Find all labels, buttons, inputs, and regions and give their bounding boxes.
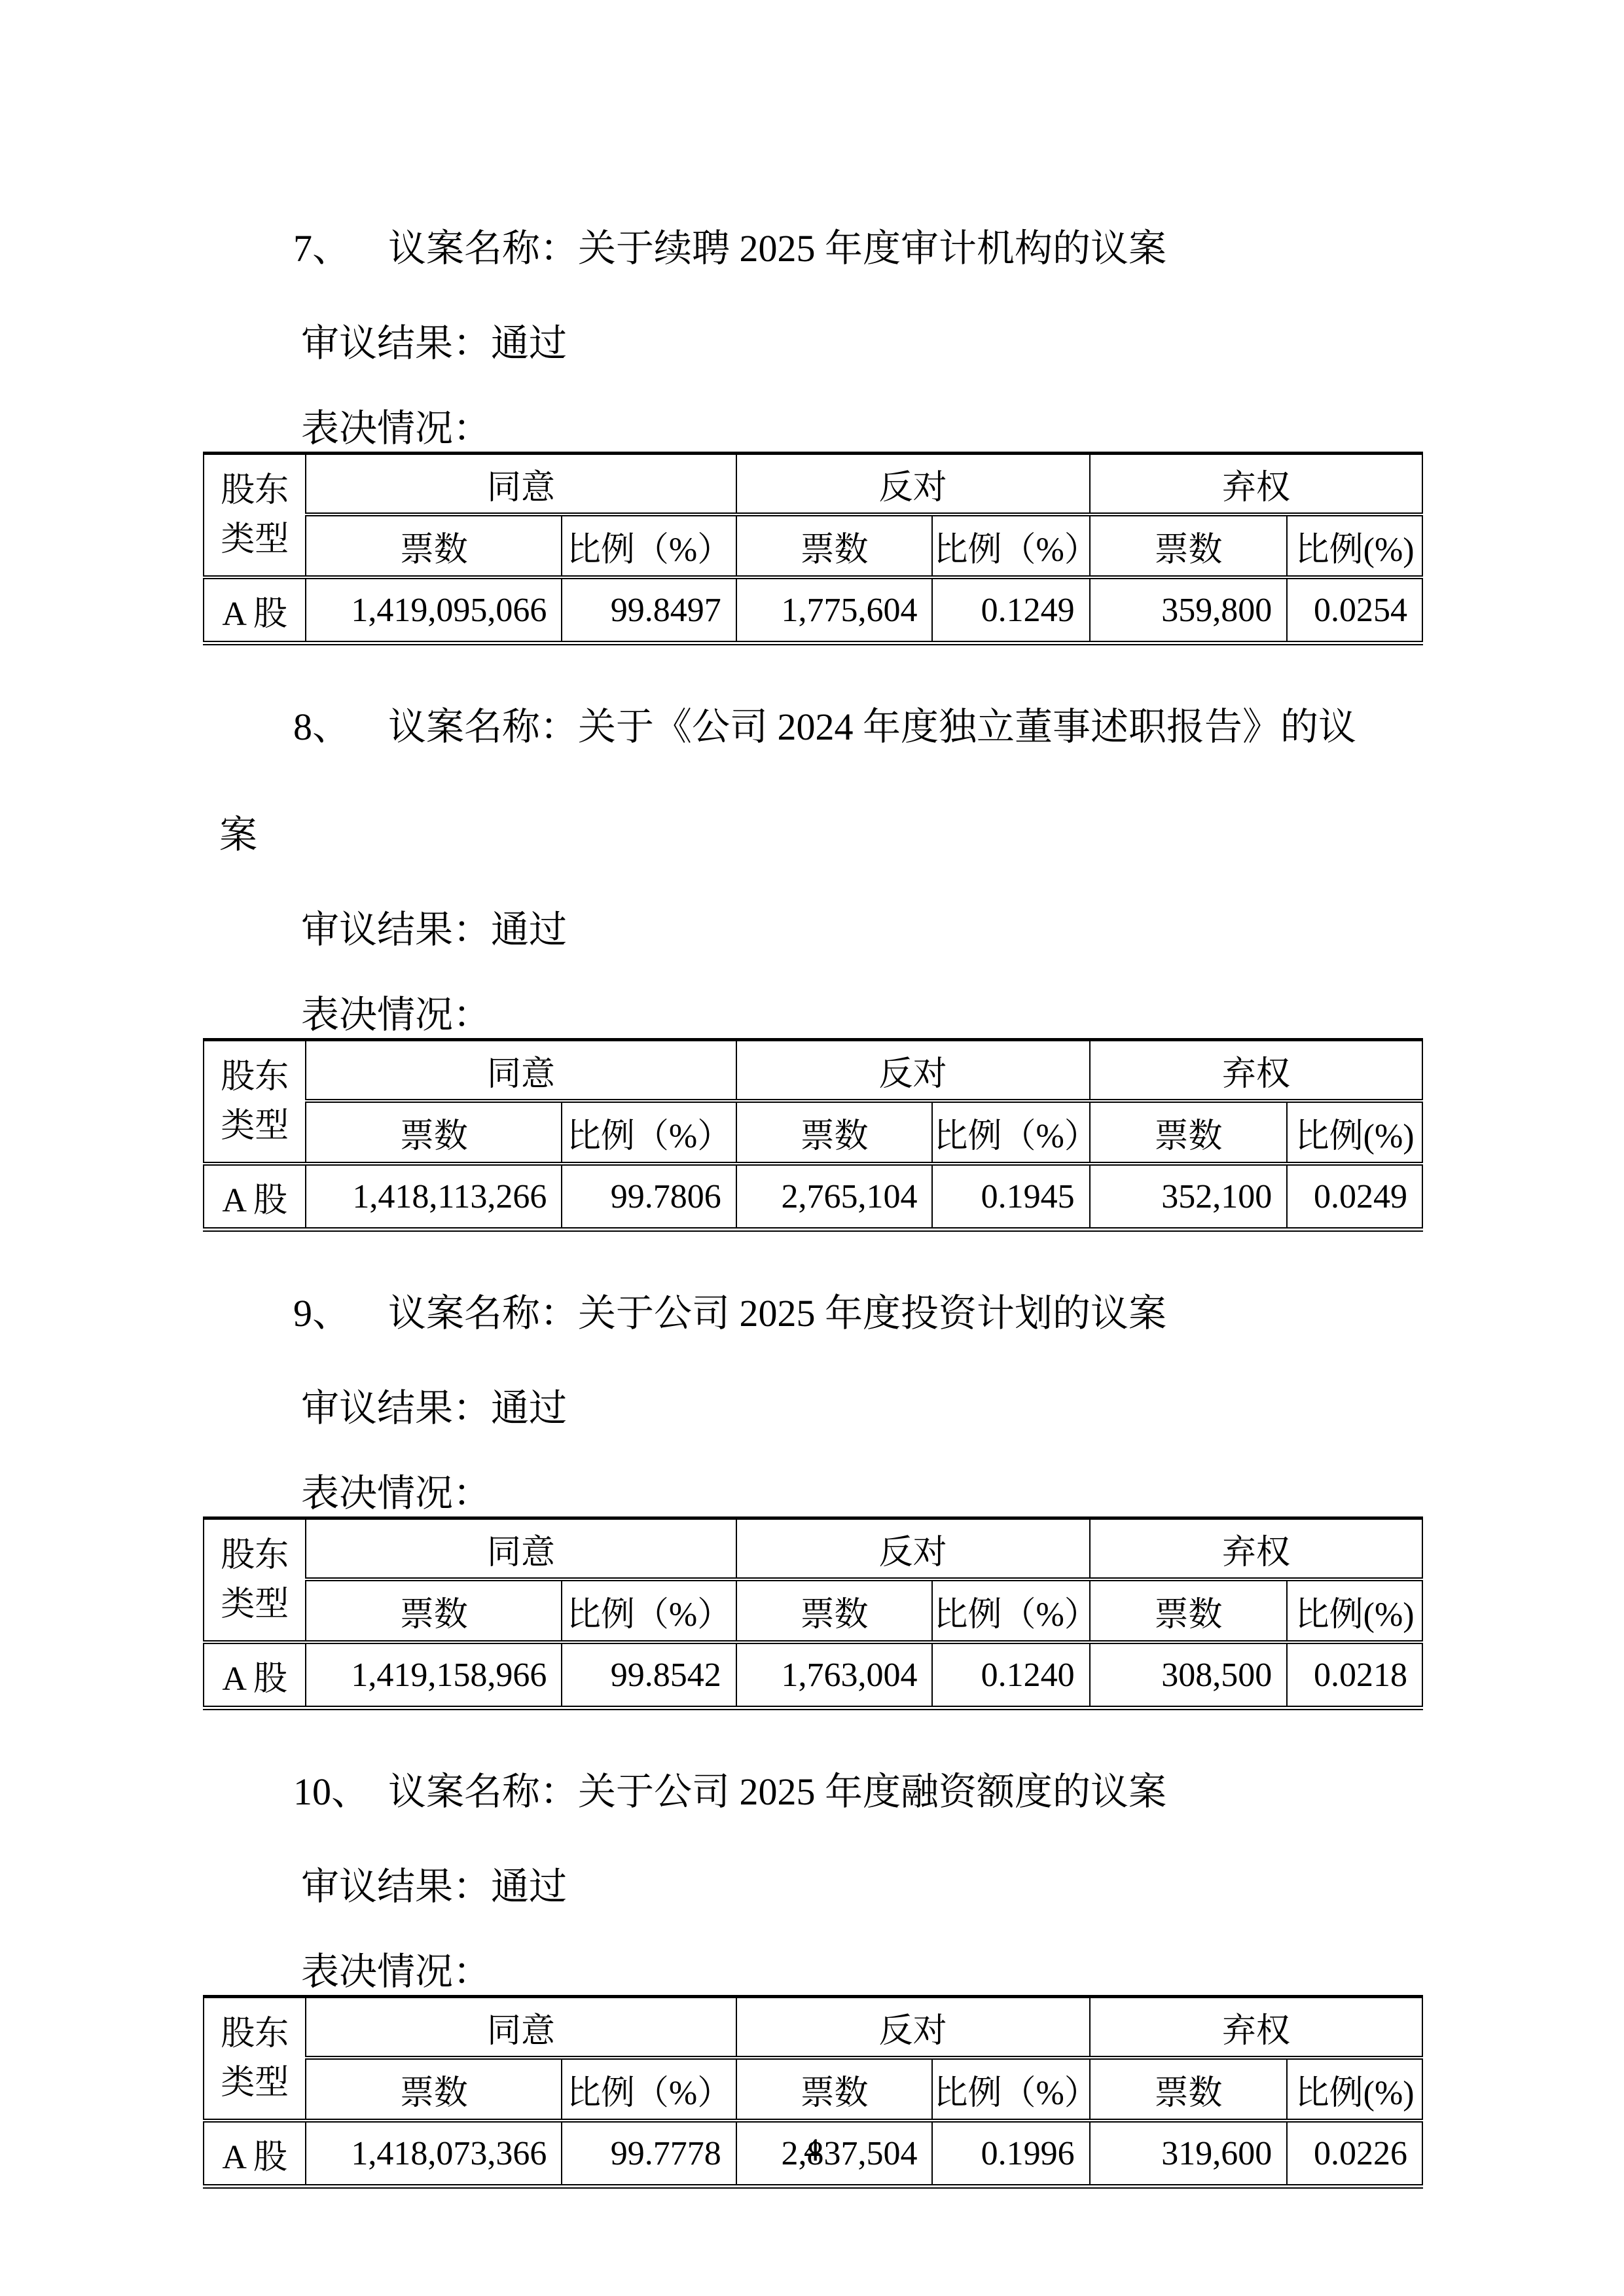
header-abstain: 弃权 <box>1090 1040 1422 1102</box>
cell-shareholder-type: A 股 <box>204 577 306 643</box>
cell-against-ratio: 0.1240 <box>932 1642 1089 1708</box>
header-abstain: 弃权 <box>1090 1997 1422 2058</box>
header-abstain: 弃权 <box>1090 454 1422 515</box>
voting-status-label: 表决情况： <box>203 1471 1421 1516</box>
cell-against-votes: 1,763,004 <box>736 1642 933 1708</box>
table-row: A 股 1,419,158,966 99.8542 1,763,004 0.12… <box>204 1642 1422 1708</box>
cell-abstain-ratio: 0.0254 <box>1287 577 1422 643</box>
header-agree-ratio: 比例（%） <box>562 514 736 577</box>
header-shareholder-type: 股东类型 <box>204 1997 306 2121</box>
header-against: 反对 <box>736 1518 1090 1580</box>
header-against-ratio: 比例（%） <box>932 514 1089 577</box>
proposal-title-text: 议案名称：关于公司 2025 年度投资计划的议案 <box>388 1292 1166 1335</box>
table-row: A 股 1,418,113,266 99.7806 2,765,104 0.19… <box>204 1164 1422 1230</box>
header-agree-votes: 票数 <box>306 1579 562 1642</box>
header-agree-ratio: 比例（%） <box>562 2058 736 2121</box>
header-shareholder-type: 股东类型 <box>204 1040 306 1164</box>
cell-against-votes: 1,775,604 <box>736 577 933 643</box>
cell-shareholder-type: A 股 <box>204 1164 306 1230</box>
proposal-heading: 8、议案名称：关于《公司 2024 年度独立董事述职报告》的议 <box>203 704 1421 750</box>
proposal-number: 8、 <box>293 704 388 750</box>
proposal-section-7: 7、议案名称：关于续聘 2025 年度审计机构的议案 审议结果：通过 表决情况：… <box>203 226 1421 645</box>
header-agree-ratio: 比例（%） <box>562 1579 736 1642</box>
proposal-number: 10、 <box>293 1769 388 1815</box>
header-against-votes: 票数 <box>736 1101 933 1164</box>
proposal-section-10: 10、议案名称：关于公司 2025 年度融资额度的议案 审议结果：通过 表决情况… <box>203 1769 1421 2189</box>
header-against: 反对 <box>736 1040 1090 1102</box>
cell-agree-ratio: 99.8542 <box>562 1642 736 1708</box>
cell-agree-ratio: 99.7806 <box>562 1164 736 1230</box>
header-against-ratio: 比例（%） <box>932 2058 1089 2121</box>
cell-agree-votes: 1,419,095,066 <box>306 577 562 643</box>
header-abstain-ratio: 比例(%) <box>1287 1101 1422 1164</box>
proposal-title-text: 议案名称：关于公司 2025 年度融资额度的议案 <box>388 1770 1166 1813</box>
header-abstain-ratio: 比例(%) <box>1287 1579 1422 1642</box>
cell-abstain-votes: 352,100 <box>1090 1164 1288 1230</box>
cell-agree-votes: 1,419,158,966 <box>306 1642 562 1708</box>
header-shareholder-type: 股东类型 <box>204 454 306 578</box>
cell-shareholder-type: A 股 <box>204 1642 306 1708</box>
proposal-section-9: 9、议案名称：关于公司 2025 年度投资计划的议案 审议结果：通过 表决情况：… <box>203 1291 1421 1710</box>
table-row: A 股 1,419,095,066 99.8497 1,775,604 0.12… <box>204 577 1422 643</box>
header-agree-votes: 票数 <box>306 1101 562 1164</box>
header-against-votes: 票数 <box>736 2058 933 2121</box>
header-abstain-votes: 票数 <box>1090 1579 1288 1642</box>
document-page: 7、议案名称：关于续聘 2025 年度审计机构的议案 审议结果：通过 表决情况：… <box>0 0 1624 2296</box>
cell-abstain-votes: 308,500 <box>1090 1642 1288 1708</box>
proposal-number: 7、 <box>293 226 388 272</box>
voting-results-table: 股东类型 同意 反对 弃权 票数 比例（%） 票数 比例（%） 票数 比例(%)… <box>203 1038 1423 1232</box>
cell-abstain-ratio: 0.0249 <box>1287 1164 1422 1230</box>
header-against-votes: 票数 <box>736 1579 933 1642</box>
header-against: 反对 <box>736 454 1090 515</box>
voting-results-table: 股东类型 同意 反对 弃权 票数 比例（%） 票数 比例（%） 票数 比例(%)… <box>203 1516 1423 1710</box>
proposal-heading: 10、议案名称：关于公司 2025 年度融资额度的议案 <box>203 1769 1421 1815</box>
header-agree-votes: 票数 <box>306 514 562 577</box>
proposal-section-8: 8、议案名称：关于《公司 2024 年度独立董事述职报告》的议 案 审议结果：通… <box>203 704 1421 1232</box>
proposal-heading: 9、议案名称：关于公司 2025 年度投资计划的议案 <box>203 1291 1421 1336</box>
header-agree: 同意 <box>306 1997 736 2058</box>
header-agree: 同意 <box>306 454 736 515</box>
header-abstain-ratio: 比例(%) <box>1287 2058 1422 2121</box>
header-against-votes: 票数 <box>736 514 933 577</box>
proposal-heading: 7、议案名称：关于续聘 2025 年度审计机构的议案 <box>203 226 1421 272</box>
cell-against-votes: 2,765,104 <box>736 1164 933 1230</box>
voting-status-label: 表决情况： <box>203 1949 1421 1995</box>
voting-status-label: 表决情况： <box>203 406 1421 452</box>
header-abstain-votes: 票数 <box>1090 2058 1288 2121</box>
header-against-ratio: 比例（%） <box>932 1579 1089 1642</box>
header-abstain: 弃权 <box>1090 1518 1422 1580</box>
review-result: 审议结果：通过 <box>203 321 1421 367</box>
header-abstain-votes: 票数 <box>1090 514 1288 577</box>
cell-against-ratio: 0.1945 <box>932 1164 1089 1230</box>
header-agree: 同意 <box>306 1040 736 1102</box>
voting-status-label: 表决情况： <box>203 992 1421 1038</box>
cell-abstain-votes: 359,800 <box>1090 577 1288 643</box>
header-abstain-votes: 票数 <box>1090 1101 1288 1164</box>
header-shareholder-type: 股东类型 <box>204 1518 306 1643</box>
header-agree-ratio: 比例（%） <box>562 1101 736 1164</box>
cell-agree-ratio: 99.8497 <box>562 577 736 643</box>
page-number: 4 <box>0 2130 1624 2168</box>
review-result: 审议结果：通过 <box>203 1386 1421 1431</box>
proposal-title-text: 议案名称：关于续聘 2025 年度审计机构的议案 <box>388 227 1166 270</box>
proposal-title-text: 议案名称：关于《公司 2024 年度独立董事述职报告》的议 <box>388 706 1356 748</box>
review-result: 审议结果：通过 <box>203 907 1421 953</box>
proposal-number: 9、 <box>293 1291 388 1336</box>
header-agree-votes: 票数 <box>306 2058 562 2121</box>
header-against: 反对 <box>736 1997 1090 2058</box>
cell-against-ratio: 0.1249 <box>932 577 1089 643</box>
header-agree: 同意 <box>306 1518 736 1580</box>
cell-agree-votes: 1,418,113,266 <box>306 1164 562 1230</box>
review-result: 审议结果：通过 <box>203 1864 1421 1910</box>
cell-abstain-ratio: 0.0218 <box>1287 1642 1422 1708</box>
header-against-ratio: 比例（%） <box>932 1101 1089 1164</box>
voting-results-table: 股东类型 同意 反对 弃权 票数 比例（%） 票数 比例（%） 票数 比例(%)… <box>203 452 1423 645</box>
header-abstain-ratio: 比例(%) <box>1287 514 1422 577</box>
proposal-title-wrap: 案 <box>219 750 1421 858</box>
